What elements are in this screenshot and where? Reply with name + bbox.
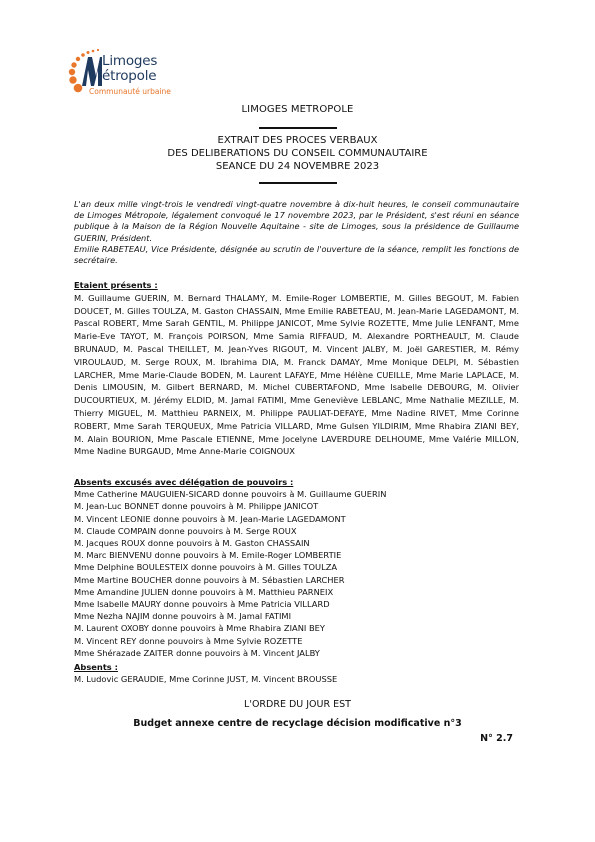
present-members-section: Etaient présents : M. Guillaume GUERIN, … <box>74 279 519 458</box>
excused-heading: Absents excusés avec délégation de pouvo… <box>74 476 519 488</box>
proxy-item: Mme Martine BOUCHER donne pouvoirs à M. … <box>74 574 519 586</box>
title-line-2: DES DELIBERATIONS DU CONSEIL COMMUNAUTAI… <box>0 147 595 160</box>
deliberation-number: N° 2.7 <box>480 733 513 744</box>
title-divider-bottom <box>259 182 337 184</box>
excused-members-section: Absents excusés avec délégation de pouvo… <box>74 476 519 659</box>
logo-dots-arc-icon <box>62 48 102 108</box>
title-line-1: EXTRAIT DES PROCES VERBAUX <box>0 134 595 147</box>
limoges-metropole-logo: Limoges étropole Communauté urbaine <box>62 48 182 110</box>
proxy-item: Mme Isabelle MAURY donne pouvoirs à Mme … <box>74 598 519 610</box>
title-line-3: SEANCE DU 24 NOVEMBRE 2023 <box>0 160 595 173</box>
proxy-item: Mme Amandine JULIEN donne pouvoirs à M. … <box>74 586 519 598</box>
proxy-item: M. Vincent REY donne pouvoirs à Mme Sylv… <box>74 635 519 647</box>
present-heading: Etaient présents : <box>74 279 519 292</box>
document-title: EXTRAIT DES PROCES VERBAUX DES DELIBERAT… <box>0 134 595 173</box>
organization-name: LIMOGES METROPOLE <box>0 104 595 115</box>
intro-paragraph-convocation: L'an deux mille vingt-trois le vendredi … <box>74 199 519 244</box>
proxy-item: M. Marc BIENVENU donne pouvoirs à M. Emi… <box>74 549 519 561</box>
logo-line-metropole: étropole <box>102 69 156 83</box>
proxy-item: M. Jacques ROUX donne pouvoirs à M. Gast… <box>74 537 519 549</box>
agenda-subject: Budget annexe centre de recyclage décisi… <box>0 718 595 729</box>
proxy-item: M. Claude COMPAIN donne pouvoirs à M. Se… <box>74 525 519 537</box>
absent-members-list: M. Ludovic GERAUDIE, Mme Corinne JUST, M… <box>74 673 519 685</box>
proxy-list: Mme Catherine MAUGUIEN-SICARD donne pouv… <box>74 488 519 659</box>
proxy-item: Mme Catherine MAUGUIEN-SICARD donne pouv… <box>74 488 519 500</box>
proxy-item: Mme Delphine BOULESTEIX donne pouvoirs à… <box>74 561 519 573</box>
proxy-item: M. Vincent LEONIE donne pouvoirs à M. Je… <box>74 513 519 525</box>
proxy-item: Mme Shérazade ZAITER donne pouvoirs à M.… <box>74 647 519 659</box>
logo-line-limoges: Limoges <box>102 54 157 68</box>
intro-paragraph-secretary: Emilie RABETEAU, Vice Présidente, désign… <box>74 244 519 266</box>
absents-heading: Absents : <box>74 661 519 673</box>
agenda-heading: L'ORDRE DU JOUR EST <box>0 699 595 710</box>
present-members-list: M. Guillaume GUERIN, M. Bernard THALAMY,… <box>74 292 519 458</box>
proxy-item: M. Laurent OXOBY donne pouvoirs à Mme Rh… <box>74 622 519 634</box>
session-introduction: L'an deux mille vingt-trois le vendredi … <box>74 199 519 266</box>
logo-tagline: Communauté urbaine <box>89 87 171 96</box>
absent-members-section: Absents : M. Ludovic GERAUDIE, Mme Corin… <box>74 661 519 685</box>
title-divider-top <box>259 127 337 129</box>
proxy-item: M. Jean-Luc BONNET donne pouvoirs à M. P… <box>74 500 519 512</box>
proxy-item: Mme Nezha NAJIM donne pouvoirs à M. Jama… <box>74 610 519 622</box>
